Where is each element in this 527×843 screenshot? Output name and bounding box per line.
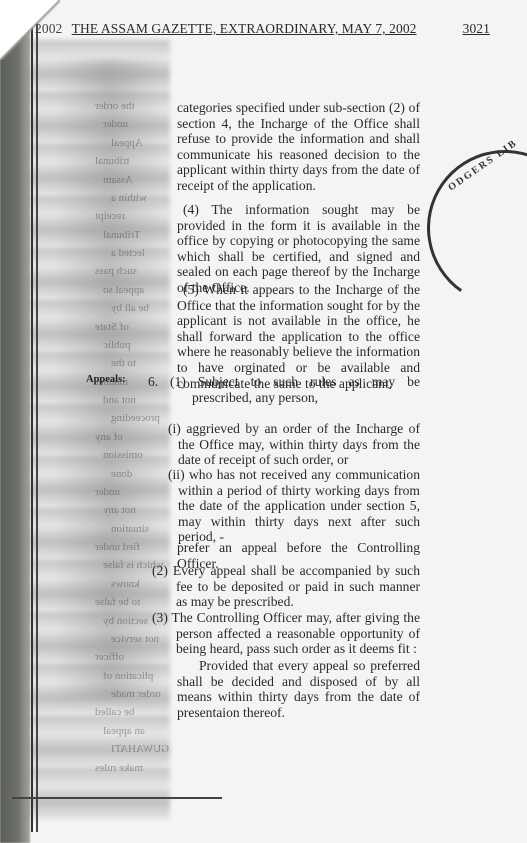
- bleed-through-word: section by: [103, 615, 148, 627]
- bleed-through-word: the order: [95, 100, 134, 112]
- binding-line: [31, 20, 33, 832]
- bleed-through-word: officer: [95, 651, 124, 663]
- bleed-through-word: lected a: [111, 247, 145, 259]
- section-6-1-i: (i) aggrieved by an order of the Incharg…: [168, 421, 420, 468]
- paragraph-text: (1) Subject to such rules as may be pres…: [170, 374, 420, 405]
- page-header: 2002 THE ASSAM GAZETTE, EXTRAORDINARY, M…: [35, 21, 490, 37]
- bleed-through-word: make rules: [95, 762, 143, 774]
- header-edge-year: 2002: [35, 21, 62, 36]
- paragraph-3-continued: categories specified under sub-section (…: [177, 100, 420, 194]
- bleed-through-word: be called: [95, 706, 134, 718]
- bleed-through-word: receipt: [95, 210, 125, 222]
- bleed-through-word: of State: [95, 321, 129, 333]
- bleed-through-word: appeal so: [103, 284, 144, 296]
- scan-shadow: [0, 0, 30, 843]
- bleed-through-word: GUWAHATI: [111, 743, 169, 755]
- margin-note-appeals: Appeals:: [86, 374, 126, 385]
- gazette-title: THE ASSAM GAZETTE, EXTRAORDINARY, MAY 7,…: [72, 21, 417, 36]
- bleed-through-word: to the: [111, 357, 136, 369]
- paragraph-text: categories specified under sub-section (…: [177, 100, 420, 194]
- bleed-through-word: not and: [103, 394, 136, 406]
- bleed-through-word: Appeal: [111, 137, 143, 149]
- bleed-through-word: done: [111, 468, 132, 480]
- bleed-through-word: knows: [111, 578, 140, 590]
- bleed-through-word: of any: [95, 431, 123, 443]
- paragraph-text: (i) aggrieved by an order of the Incharg…: [168, 421, 420, 468]
- bleed-through-word: Assam: [103, 174, 133, 186]
- bleed-through-word: tribunal: [95, 155, 129, 167]
- page-edge-line: [12, 797, 222, 799]
- page-number: 3021: [463, 21, 490, 37]
- bleed-through-word: under: [95, 486, 120, 498]
- paragraph-text: Provided that every appeal so preferred …: [177, 658, 420, 720]
- bleed-through-word: omission: [103, 449, 143, 461]
- section-number: 6.: [148, 374, 158, 390]
- bleed-through-word: an appeal: [103, 725, 145, 737]
- section-6-1: (1) Subject to such rules as may be pres…: [170, 374, 420, 405]
- bleed-through-word: situation: [111, 523, 149, 535]
- paragraph-text: (ii) who has not received any communicat…: [168, 467, 420, 545]
- binding-line: [36, 20, 38, 832]
- bleed-through-word: not any: [103, 504, 136, 516]
- bleed-through-word: be all by: [111, 302, 149, 314]
- proviso: Provided that every appeal so preferred …: [177, 658, 420, 720]
- paragraph-text: (2) Every appeal shall be accompanied by…: [152, 563, 420, 610]
- section-6-2: (2) Every appeal shall be accompanied by…: [152, 563, 420, 610]
- paragraph-text: (3) The Controlling Officer may, after g…: [152, 610, 420, 657]
- bleed-through-word: order made: [111, 688, 161, 700]
- bleed-through-word: plication of: [103, 670, 153, 682]
- bleed-through-word: fied under: [95, 541, 140, 553]
- bleed-through-word: Tribunal: [103, 229, 141, 241]
- bleed-through-word: under: [103, 118, 128, 130]
- section-6-3: (3) The Controlling Officer may, after g…: [152, 610, 420, 657]
- bleed-through-word: proceeding: [111, 412, 160, 424]
- bleed-through-word: to be false: [95, 596, 140, 608]
- section-6-1-ii: (ii) who has not received any communicat…: [168, 467, 420, 545]
- bleed-through-word: such pass: [95, 265, 137, 277]
- library-stamp: [415, 138, 527, 319]
- bleed-through-word: public: [103, 339, 131, 351]
- bleed-through-word: within a: [111, 192, 147, 204]
